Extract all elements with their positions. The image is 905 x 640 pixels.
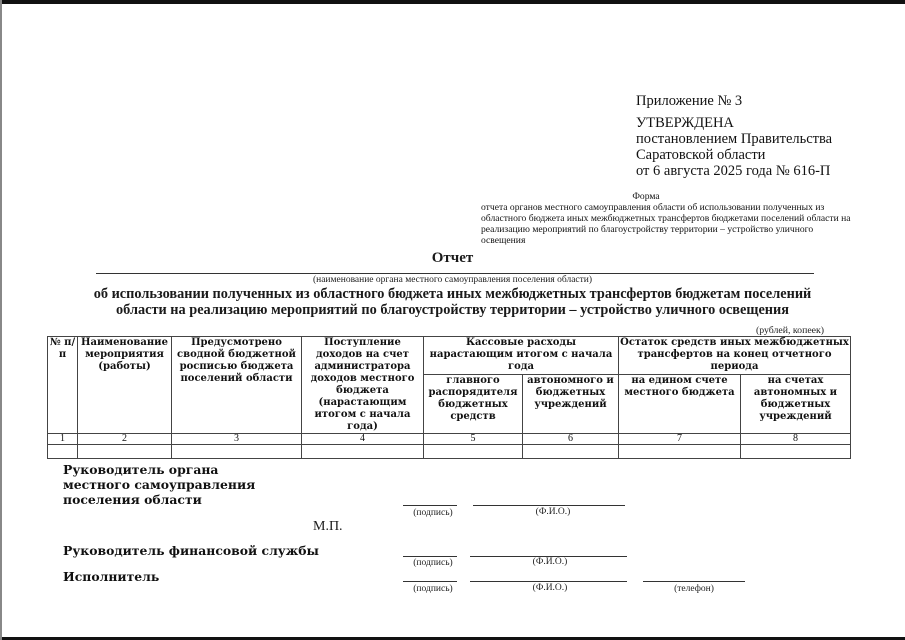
approval-line-2: Саратовской области xyxy=(636,147,832,163)
scan-border-top xyxy=(0,0,905,4)
head-line-2: местного самоуправления xyxy=(63,477,255,492)
table-cell[interactable] xyxy=(523,445,619,459)
executor-phone-field[interactable] xyxy=(643,581,745,582)
org-name-caption: (наименование органа местного самоуправл… xyxy=(0,275,905,285)
report-subtitle: об использовании полученных из областног… xyxy=(50,286,855,318)
column-number: 3 xyxy=(172,434,302,445)
org-name-field[interactable] xyxy=(96,273,814,274)
table-cell[interactable] xyxy=(302,445,424,459)
column-number: 5 xyxy=(424,434,523,445)
name-caption: (Ф.И.О.) xyxy=(470,583,630,593)
approval-stamp: Приложение № 3 УТВЕРЖДЕНА постановлением… xyxy=(636,93,832,179)
table-cell[interactable] xyxy=(172,445,302,459)
header-autonomous-institutions: автономного и бюджетных учреждений xyxy=(523,375,619,434)
table-cell[interactable] xyxy=(741,445,851,459)
header-activity-name: Наименование мероприятия (работы) xyxy=(78,337,172,434)
stamp-placeholder: М.П. xyxy=(313,519,343,535)
header-number: № п/п xyxy=(48,337,78,434)
subtitle-line-1: об использовании полученных из областног… xyxy=(50,286,855,302)
approved-label: УТВЕРЖДЕНА xyxy=(636,115,832,131)
header-budget-planned: Предусмотрено сводной бюджетной росписью… xyxy=(172,337,302,434)
form-description-block: Форма отчета органов местного самоуправл… xyxy=(481,191,853,246)
head-line-3: поселения области xyxy=(63,492,255,507)
report-table: № п/п Наименование мероприятия (работы) … xyxy=(47,336,851,459)
subtitle-line-2: области на реализацию мероприятий по бла… xyxy=(50,302,855,318)
header-cash-expenses: Кассовые расходы нарастающим итогом с на… xyxy=(424,337,619,375)
executor-signature-field[interactable] xyxy=(403,581,457,582)
column-number: 1 xyxy=(48,434,78,445)
head-signatory-label: Руководитель органа местного самоуправле… xyxy=(63,462,255,507)
executor-label: Исполнитель xyxy=(63,569,159,584)
header-institution-accounts: на счетах автономных и бюджетных учрежде… xyxy=(741,375,851,434)
column-number: 8 xyxy=(741,434,851,445)
approval-line-3: от 6 августа 2025 года № 616-П xyxy=(636,163,832,179)
annex-number: Приложение № 3 xyxy=(636,93,832,109)
header-remaining-balance: Остаток средств иных межбюджетных трансф… xyxy=(619,337,851,375)
signature-caption: (подпись) xyxy=(403,558,463,568)
head-signature-field[interactable] xyxy=(403,505,457,506)
approval-line-1: постановлением Правительства xyxy=(636,131,832,147)
table-cell[interactable] xyxy=(619,445,741,459)
header-income-received: Поступление доходов на счет администрато… xyxy=(302,337,424,434)
column-number: 2 xyxy=(78,434,172,445)
signature-caption: (подпись) xyxy=(403,584,463,594)
scan-border-left xyxy=(0,0,2,640)
header-main-administrator: главного распорядителя бюджетных средств xyxy=(424,375,523,434)
executor-name-field[interactable] xyxy=(470,581,627,582)
phone-caption: (телефон) xyxy=(643,584,745,594)
column-numbers-row: 1 2 3 4 5 6 7 8 xyxy=(48,434,851,445)
column-number: 6 xyxy=(523,434,619,445)
form-label: Форма xyxy=(631,191,661,202)
table-cell[interactable] xyxy=(48,445,78,459)
report-title: Отчет xyxy=(0,250,905,267)
table-row xyxy=(48,445,851,459)
finance-signature-field[interactable] xyxy=(403,556,457,557)
name-caption: (Ф.И.О.) xyxy=(473,507,633,517)
signature-caption: (подпись) xyxy=(403,508,463,518)
finance-head-label: Руководитель финансовой службы xyxy=(63,543,319,558)
column-number: 4 xyxy=(302,434,424,445)
table-cell[interactable] xyxy=(78,445,172,459)
units-label: (рублей, копеек) xyxy=(756,325,824,336)
form-description: отчета органов местного самоуправления о… xyxy=(481,202,853,246)
column-number: 7 xyxy=(619,434,741,445)
name-caption: (Ф.И.О.) xyxy=(470,557,630,567)
head-name-field[interactable] xyxy=(473,505,625,506)
table-cell[interactable] xyxy=(424,445,523,459)
header-single-account: на едином счете местного бюджета xyxy=(619,375,741,434)
head-line-1: Руководитель органа xyxy=(63,462,255,477)
